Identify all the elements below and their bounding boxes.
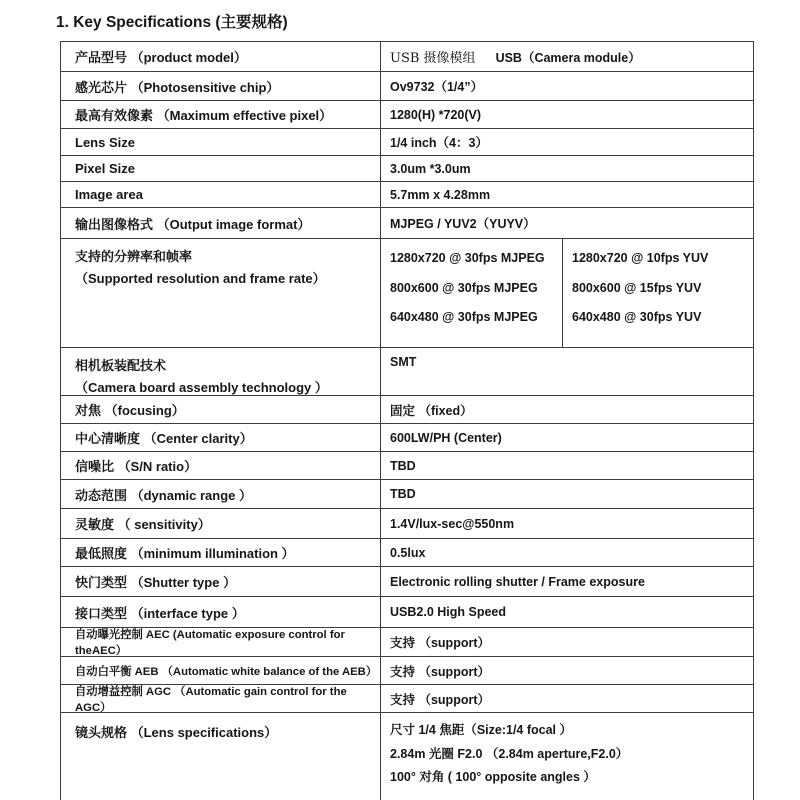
spec-table: 产品型号 （product model） USB 摄像模组 USB（Camera… <box>60 41 754 800</box>
spec-label: 信噪比 （S/N ratio） <box>61 452 381 479</box>
spec-value: SMT <box>381 348 753 395</box>
spec-value-en: USB（Camera module） <box>496 48 641 66</box>
table-row-lens-size: Lens Size 1/4 inch（4：3） <box>61 129 753 156</box>
yuv-modes-cell: 1280x720 @ 10fps YUV 800x600 @ 15fps YUV… <box>563 239 753 347</box>
spec-label: Image area <box>61 182 381 207</box>
table-row-lens-specs: 镜头规格 （Lens specifications） 尺寸 1/4 焦距（Siz… <box>61 713 753 800</box>
spec-label: 支持的分辨率和帧率 （Supported resolution and fram… <box>61 239 381 347</box>
spec-label: 自动曝光控制 AEC (Automatic exposure control f… <box>61 628 381 656</box>
mode-line: 640x480 @ 30fps YUV <box>572 303 753 333</box>
spec-value: 1.4V/lux-sec@550nm <box>381 509 753 538</box>
lens-spec-lines: 尺寸 1/4 焦距（Size:1/4 focal ） 2.84m 光圈 F2.0… <box>381 713 753 800</box>
spec-label-line1: 支持的分辨率和帧率 <box>75 246 192 268</box>
table-row-assembly: 相机板装配技术 （Camera board assembly technolog… <box>61 348 753 396</box>
lens-spec-line: 2.84m 光圈 F2.0 （2.84m aperture,F2.0） <box>390 743 628 767</box>
spec-value: Ov9732（1/4”） <box>381 72 753 100</box>
spec-value: 固定 （fixed） <box>381 396 753 423</box>
spec-value-cn: USB 摄像模组 <box>390 47 476 66</box>
spec-value: MJPEG / YUV2（YUYV） <box>381 208 753 238</box>
spec-label: 感光芯片 （Photosensitive chip） <box>61 72 381 100</box>
spec-label: 动态范围 （dynamic range ） <box>61 480 381 508</box>
table-row-max-pixel: 最高有效像素 （Maximum effective pixel） 1280(H)… <box>61 101 753 129</box>
spec-label: 对焦 （focusing） <box>61 396 381 423</box>
table-row-product-model: 产品型号 （product model） USB 摄像模组 USB（Camera… <box>61 42 753 72</box>
spec-label: 接口类型 （interface type ） <box>61 597 381 627</box>
spec-value: 3.0um *3.0um <box>381 156 753 181</box>
mjpeg-modes-cell: 1280x720 @ 30fps MJPEG 800x600 @ 30fps M… <box>381 239 563 347</box>
mode-line: 1280x720 @ 10fps YUV <box>572 244 753 274</box>
table-row-min-illumination: 最低照度 （minimum illumination ） 0.5lux <box>61 539 753 567</box>
spec-value: Electronic rolling shutter / Frame expos… <box>381 567 753 596</box>
spec-label-line2: （Camera board assembly technology ） <box>75 377 328 395</box>
spec-label: 产品型号 （product model） <box>61 42 381 71</box>
lens-spec-line: 100° 对角 ( 100° opposite angles ） <box>390 766 596 790</box>
spec-value: TBD <box>381 480 753 508</box>
mode-line: 800x600 @ 30fps MJPEG <box>390 274 562 304</box>
spec-label-line1: 相机板装配技术 <box>75 355 166 377</box>
spec-value: 0.5lux <box>381 539 753 566</box>
spec-label: 灵敏度 （ sensitivity） <box>61 509 381 538</box>
table-row-shutter-type: 快门类型 （Shutter type ） Electronic rolling … <box>61 567 753 597</box>
spec-value: 支持 （support） <box>381 628 753 656</box>
spec-label: 最高有效像素 （Maximum effective pixel） <box>61 101 381 128</box>
spec-value: 1280(H) *720(V) <box>381 101 753 128</box>
table-row-focusing: 对焦 （focusing） 固定 （fixed） <box>61 396 753 424</box>
mode-line: 640x480 @ 30fps MJPEG <box>390 303 562 333</box>
mode-line: 800x600 @ 15fps YUV <box>572 274 753 304</box>
spec-label: 输出图像格式 （Output image format） <box>61 208 381 238</box>
spec-value: 5.7mm x 4.28mm <box>381 182 753 207</box>
table-row-output-format: 输出图像格式 （Output image format） MJPEG / YUV… <box>61 208 753 239</box>
spec-label: 快门类型 （Shutter type ） <box>61 567 381 596</box>
page-title: 1. Key Specifications (主要规格) <box>56 10 288 32</box>
table-row-resolutions: 支持的分辨率和帧率 （Supported resolution and fram… <box>61 239 753 348</box>
table-row-agc: 自动增益控制 AGC （Automatic gain control for t… <box>61 685 753 713</box>
table-row-pixel-size: Pixel Size 3.0um *3.0um <box>61 156 753 182</box>
spec-label: Lens Size <box>61 129 381 155</box>
spec-label: 相机板装配技术 （Camera board assembly technolog… <box>61 348 381 395</box>
table-row-chip: 感光芯片 （Photosensitive chip） Ov9732（1/4”） <box>61 72 753 101</box>
spec-value: USB 摄像模组 USB（Camera module） <box>381 42 753 71</box>
table-row-image-area: Image area 5.7mm x 4.28mm <box>61 182 753 208</box>
spec-value: 支持 （support） <box>381 657 753 684</box>
spec-value: 支持 （support） <box>381 685 753 712</box>
spec-label: 中心清晰度 （Center clarity） <box>61 424 381 451</box>
spec-label: 自动增益控制 AGC （Automatic gain control for t… <box>61 685 381 712</box>
table-row-center-clarity: 中心清晰度 （Center clarity） 600LW/PH (Center) <box>61 424 753 452</box>
resolution-modes-cell: 1280x720 @ 30fps MJPEG 800x600 @ 30fps M… <box>381 239 753 347</box>
spec-label: 镜头规格 （Lens specifications） <box>61 713 381 800</box>
spec-label: 自动白平衡 AEB （Automatic white balance of th… <box>61 657 381 684</box>
spec-label: Pixel Size <box>61 156 381 181</box>
table-row-interface-type: 接口类型 （interface type ） USB2.0 High Speed <box>61 597 753 628</box>
table-row-aec: 自动曝光控制 AEC (Automatic exposure control f… <box>61 628 753 657</box>
mode-line: 1280x720 @ 30fps MJPEG <box>390 244 562 274</box>
document-page: 1. Key Specifications (主要规格) 产品型号 （produ… <box>0 0 800 800</box>
table-row-awb: 自动白平衡 AEB （Automatic white balance of th… <box>61 657 753 685</box>
spec-value: 600LW/PH (Center) <box>381 424 753 451</box>
spec-value: 1/4 inch（4：3） <box>381 129 753 155</box>
spec-value: USB2.0 High Speed <box>381 597 753 627</box>
spec-value: TBD <box>381 452 753 479</box>
spec-label: 最低照度 （minimum illumination ） <box>61 539 381 566</box>
spec-label-line2: （Supported resolution and frame rate） <box>75 268 326 290</box>
table-row-sensitivity: 灵敏度 （ sensitivity） 1.4V/lux-sec@550nm <box>61 509 753 539</box>
lens-spec-line: 尺寸 1/4 焦距（Size:1/4 focal ） <box>390 719 572 743</box>
table-row-sn-ratio: 信噪比 （S/N ratio） TBD <box>61 452 753 480</box>
table-row-dynamic-range: 动态范围 （dynamic range ） TBD <box>61 480 753 509</box>
